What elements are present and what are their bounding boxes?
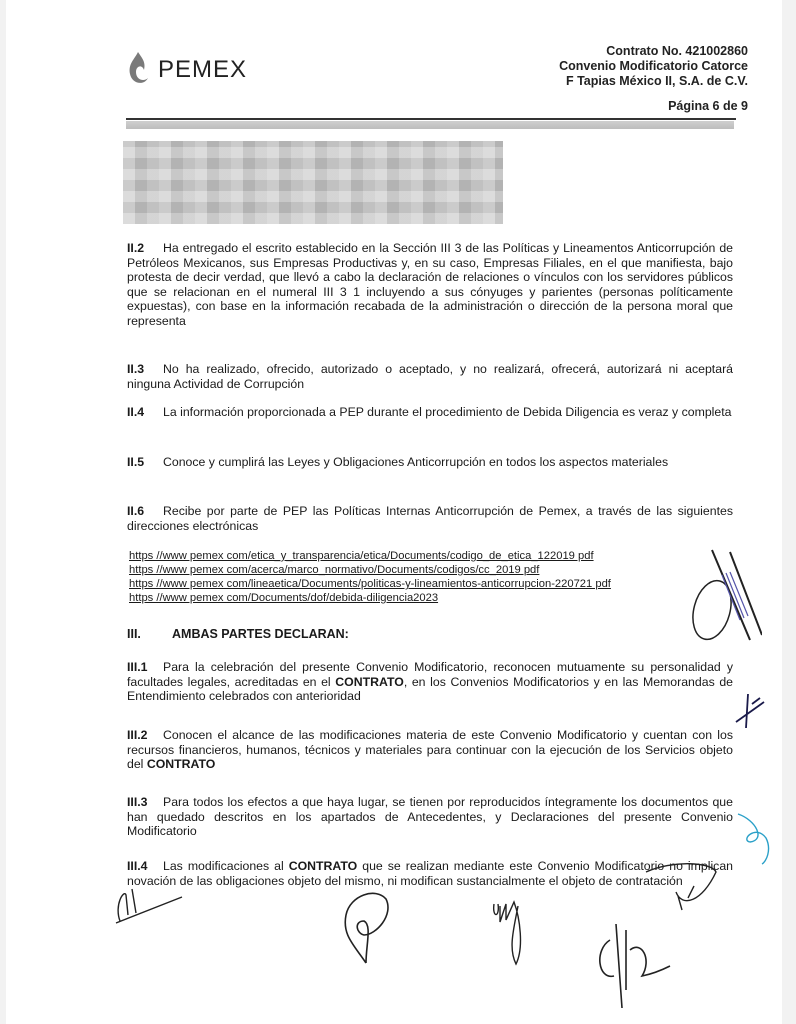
pemex-drop-icon xyxy=(124,50,154,90)
redacted-block xyxy=(123,141,503,224)
paragraph-number: II.3 xyxy=(127,362,163,377)
policy-links: https //www pemex com/etica_y_transparen… xyxy=(129,549,611,605)
paragraph-ii-3: II.3No ha realizado, ofrecido, autorizad… xyxy=(127,362,733,391)
paragraph-number: II.2 xyxy=(127,241,163,256)
paragraph-text: Para todos los efectos a que haya lugar,… xyxy=(127,795,733,838)
link-debida-diligencia[interactable]: https //www pemex com/Documents/dof/debi… xyxy=(129,591,611,605)
paragraph-ii-5: II.5Conoce y cumplirá las Leyes y Obliga… xyxy=(127,455,733,470)
bold-term: CONTRATO xyxy=(147,757,216,771)
paragraph-ii-4: II.4La información proporcionada a PEP d… xyxy=(127,405,733,420)
contract-number: Contrato No. 421002860 xyxy=(559,44,748,59)
signature-scribble-right xyxy=(642,852,722,912)
section-number: III. xyxy=(127,627,172,641)
paragraph-number: III.1 xyxy=(127,660,163,675)
paragraph-number: III.3 xyxy=(127,795,163,810)
signature-right-top xyxy=(682,540,762,650)
paragraph-number: II.6 xyxy=(127,504,163,519)
link-codigo-conducta[interactable]: https //www pemex com/acerca/marco_norma… xyxy=(129,563,611,577)
bold-term: CONTRATO xyxy=(289,859,358,873)
paragraph-iii-3: III.3Para todos los efectos a que haya l… xyxy=(127,795,733,839)
signature-center-1 xyxy=(336,885,396,965)
header-rule-shadow xyxy=(126,121,734,129)
pemex-logo: PEMEX xyxy=(124,50,247,90)
paragraph-number: II.5 xyxy=(127,455,163,470)
link-politicas-anticorrupcion[interactable]: https //www pemex com/lineaetica/Documen… xyxy=(129,577,611,591)
signature-initial-1 xyxy=(734,692,770,732)
paragraph-text: Ha entregado el escrito establecido en l… xyxy=(127,241,733,328)
signature-initial-2 xyxy=(736,810,776,870)
paragraph-number: II.4 xyxy=(127,405,163,420)
paragraph-number: III.4 xyxy=(127,859,163,874)
bold-term: CONTRATO xyxy=(335,675,404,689)
paragraph-text: Recibe por parte de PEP las Políticas In… xyxy=(127,504,733,533)
header-rule xyxy=(126,118,736,120)
signature-left xyxy=(110,885,190,925)
paragraph-text: La información proporcionada a PEP duran… xyxy=(163,405,732,419)
paragraph-ii-2: II.2Ha entregado el escrito establecido … xyxy=(127,241,733,329)
logo-text: PEMEX xyxy=(158,56,247,84)
link-codigo-etica[interactable]: https //www pemex com/etica_y_transparen… xyxy=(129,549,611,563)
paragraph-text: Conoce y cumplirá las Leyes y Obligacion… xyxy=(163,455,668,469)
paragraph-text: Las modificaciones al xyxy=(163,859,289,873)
paragraph-ii-6: II.6Recibe por parte de PEP las Política… xyxy=(127,504,733,533)
paragraph-number: III.2 xyxy=(127,728,163,743)
paragraph-iii-2: III.2Conocen el alcance de las modificac… xyxy=(127,728,733,772)
section-heading: III.AMBAS PARTES DECLARAN: xyxy=(127,627,349,641)
page-number: Página 6 de 9 xyxy=(559,99,748,114)
signature-bottom-right xyxy=(592,920,672,1010)
document-page: PEMEX Contrato No. 421002860 Convenio Mo… xyxy=(6,0,782,1024)
paragraph-text: Conocen el alcance de las modificaciones… xyxy=(127,728,733,771)
document-header: Contrato No. 421002860 Convenio Modifica… xyxy=(559,44,748,114)
paragraph-text: No ha realizado, ofrecido, autorizado o … xyxy=(127,362,733,391)
paragraph-iii-1: III.1Para la celebración del presente Co… xyxy=(127,660,733,704)
agreement-name: Convenio Modificatorio Catorce xyxy=(559,59,748,74)
section-title: AMBAS PARTES DECLARAN: xyxy=(172,627,349,641)
company-name: F Tapias México II, S.A. de C.V. xyxy=(559,74,748,89)
signature-center-2 xyxy=(490,898,530,968)
